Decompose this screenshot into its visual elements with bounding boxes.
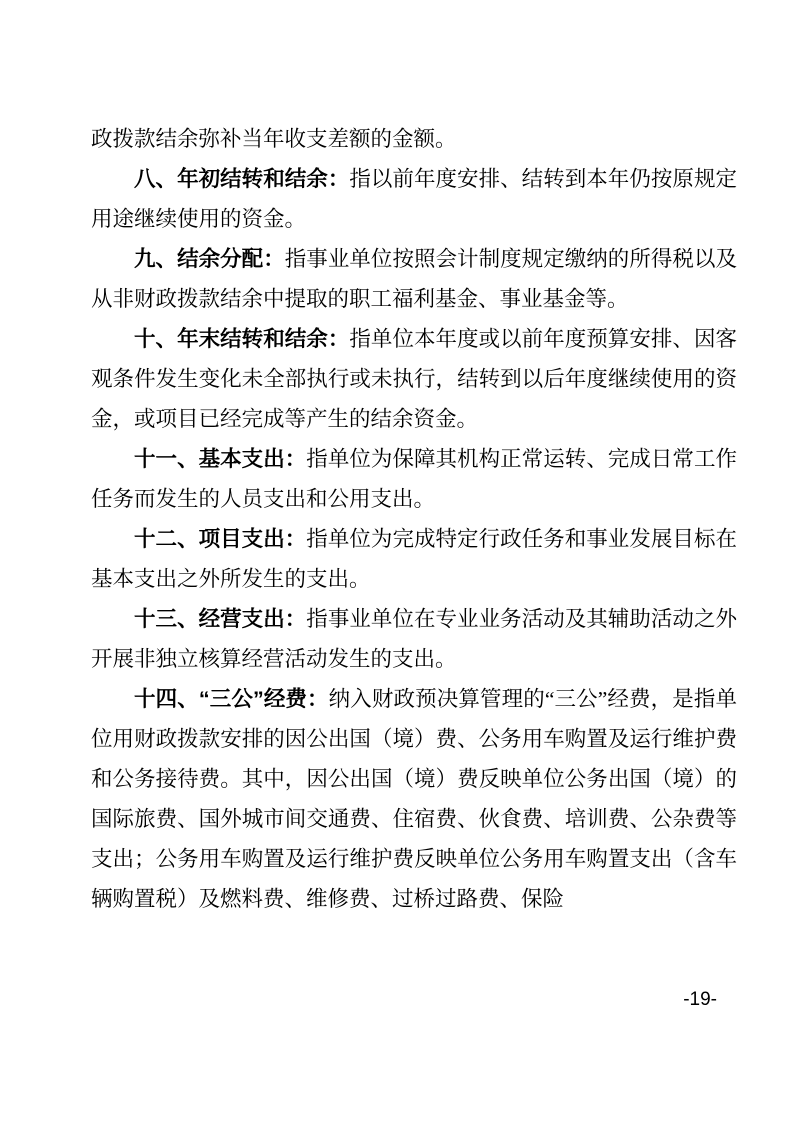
paragraph-text: 纳入财政预决算管理的“三公”经费，是指单位用财政拨款安排的因公出国（境）费、公务… [91, 687, 737, 911]
paragraph: 十、年末结转和结余：指单位本年度或以前年度预算安排、因客观条件发生变化未全部执行… [91, 319, 737, 439]
term-label: 十四、“三公”经费： [134, 687, 329, 711]
document-page: 政拨款结余弥补当年收支差额的金额。 八、年初结转和结余：指以前年度安排、结转到本… [0, 0, 793, 1122]
paragraph: 九、结余分配：指事业单位按照会计制度规定缴纳的所得税以及从非财政拨款结余中提取的… [91, 239, 737, 319]
term-label: 十、年末结转和结余： [134, 327, 349, 351]
term-label: 十一、基本支出： [134, 447, 306, 471]
document-body: 政拨款结余弥补当年收支差额的金额。 八、年初结转和结余：指以前年度安排、结转到本… [91, 119, 737, 919]
paragraph: 十三、经营支出：指事业单位在专业业务活动及其辅助活动之外开展非独立核算经营活动发… [91, 599, 737, 679]
paragraph: 政拨款结余弥补当年收支差额的金额。 [91, 119, 737, 159]
paragraph: 十一、基本支出：指单位为保障其机构正常运转、完成日常工作任务而发生的人员支出和公… [91, 439, 737, 519]
term-label: 十二、项目支出： [134, 527, 306, 551]
paragraph: 十四、“三公”经费：纳入财政预决算管理的“三公”经费，是指单位用财政拨款安排的因… [91, 679, 737, 919]
term-label: 十三、经营支出： [134, 607, 306, 631]
paragraph: 八、年初结转和结余：指以前年度安排、结转到本年仍按原规定用途继续使用的资金。 [91, 159, 737, 239]
term-label: 九、结余分配： [134, 247, 285, 271]
paragraph: 十二、项目支出：指单位为完成特定行政任务和事业发展目标在基本支出之外所发生的支出… [91, 519, 737, 599]
page-number: -19- [683, 988, 717, 1012]
term-label: 八、年初结转和结余： [134, 167, 349, 191]
paragraph-text: 政拨款结余弥补当年收支差额的金额。 [91, 127, 457, 151]
